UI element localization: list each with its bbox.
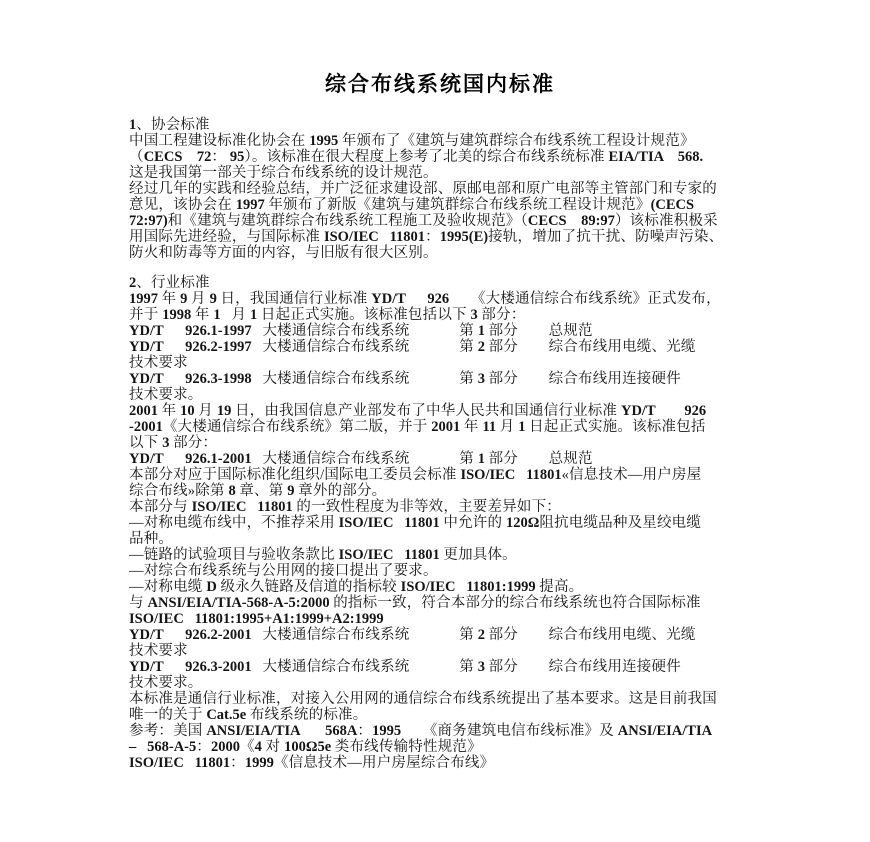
- text-line: ISO/IEC 11801：1999《信息技术—用户房屋综合布线》: [129, 755, 751, 771]
- text-line: 经过几年的实践和经验总结，并广泛征求建设部、原邮电部和原广电部等主管部门和专家的: [129, 181, 751, 197]
- section-body: 中国工程建设标准化协会在 1995 年颁布了《建筑与建筑群综合布线系统工程设计规…: [129, 133, 751, 261]
- text-line: YD/T 926.3-1998 大楼通信综合布线系统 第 3 部分 综合布线用连…: [129, 371, 751, 387]
- text-line: 参考：美国 ANSI/EIA/TIA 568A：1995 《商务建筑电信布线标准…: [129, 723, 751, 739]
- text-line: 这是我国第一部关于综合布线系统的设计规范。: [129, 165, 751, 181]
- text-line: YD/T 926.2-1997 大楼通信综合布线系统 第 2 部分 综合布线用电…: [129, 339, 751, 355]
- text-line: 与 ANSI/EIA/TIA-568-A-5:2000 的指标一致，符合本部分的…: [129, 595, 751, 611]
- text-line: —链路的试验项目与验收条款比 ISO/IEC 11801 更加具体。: [129, 547, 751, 563]
- section-body: 1997 年 9 月 9 日，我国通信行业标准 YD/T 926 《大楼通信综合…: [129, 291, 751, 771]
- text-line: – 568-A-5：2000《4 对 100Ω5e 类布线传输特性规范》: [129, 739, 751, 755]
- section-association-standard: 1、协会标准 中国工程建设标准化协会在 1995 年颁布了《建筑与建筑群综合布线…: [129, 117, 751, 261]
- text-line: YD/T 926.1-1997 大楼通信综合布线系统 第 1 部分 总规范: [129, 323, 751, 339]
- text-line: 并于 1998 年 1 月 1 日起正式实施。该标准包括以下 3 部分：: [129, 307, 751, 323]
- text-line: —对称电缆布线中，不推荐采用 ISO/IEC 11801 中允许的 120Ω阻抗…: [129, 515, 751, 531]
- text-line: 用国际先进经验，与国际标准 ISO/IEC 11801：1995(E)接轨，增加…: [129, 229, 751, 245]
- document-title: 综合布线系统国内标准: [129, 72, 751, 96]
- text-line: 综合布线»除第 8 章、第 9 章外的部分。: [129, 483, 751, 499]
- document-page: 综合布线系统国内标准 1、协会标准 中国工程建设标准化协会在 1995 年颁布了…: [0, 0, 870, 842]
- text-line: 防火和防毒等方面的内容，与旧版有很大区别。: [129, 245, 751, 261]
- text-line: 技术要求。: [129, 675, 751, 691]
- text-line: —对称电缆 D 级永久链路及信道的指标较 ISO/IEC 11801:1999 …: [129, 579, 751, 595]
- text-line: 技术要求: [129, 643, 751, 659]
- text-line: （CECS 72： 95）。该标准在很大程度上参考了北美的综合布线系统标准 EI…: [129, 149, 751, 165]
- text-line: YD/T 926.3-2001 大楼通信综合布线系统 第 3 部分 综合布线用连…: [129, 659, 751, 675]
- text-line: YD/T 926.1-2001 大楼通信综合布线系统 第 1 部分 总规范: [129, 451, 751, 467]
- text-line: 72:97)和《建筑与建筑群综合布线系统工程施工及验收规范》（CECS 89:9…: [129, 213, 751, 229]
- text-line: 品种。: [129, 531, 751, 547]
- text-line: 以下 3 部分：: [129, 435, 751, 451]
- text-line: YD/T 926.2-2001 大楼通信综合布线系统 第 2 部分 综合布线用电…: [129, 627, 751, 643]
- text-line: -2001《大楼通信综合布线系统》第二版，并于 2001 年 11 月 1 日起…: [129, 419, 751, 435]
- document-content: 综合布线系统国内标准 1、协会标准 中国工程建设标准化协会在 1995 年颁布了…: [129, 72, 751, 785]
- section-industry-standard: 2、行业标准 1997 年 9 月 9 日，我国通信行业标准 YD/T 926 …: [129, 275, 751, 771]
- text-line: 技术要求: [129, 355, 751, 371]
- section-heading: 2、行业标准: [129, 275, 751, 291]
- text-line: 本部分与 ISO/IEC 11801 的一致性程度为非等效，主要差异如下：: [129, 499, 751, 515]
- text-line: 2001 年 10 月 19 日，由我国信息产业部发布了中华人民共和国通信行业标…: [129, 403, 751, 419]
- text-line: 技术要求。: [129, 387, 751, 403]
- text-line: 本部分对应于国际标准化组织/国际电工委员会标准 ISO/IEC 11801«信息…: [129, 467, 751, 483]
- text-line: 1997 年 9 月 9 日，我国通信行业标准 YD/T 926 《大楼通信综合…: [129, 291, 751, 307]
- text-line: 中国工程建设标准化协会在 1995 年颁布了《建筑与建筑群综合布线系统工程设计规…: [129, 133, 751, 149]
- text-line: 意见，该协会在 1997 年颁布了新版《建筑与建筑群综合布线系统工程设计规范》(…: [129, 197, 751, 213]
- text-line: 本标准是通信行业标准，对接入公用网的通信综合布线系统提出了基本要求。这是目前我国: [129, 691, 751, 707]
- text-line: —对综合布线系统与公用网的接口提出了要求。: [129, 563, 751, 579]
- text-line: 唯一的关于 Cat.5e 布线系统的标准。: [129, 707, 751, 723]
- section-heading: 1、协会标准: [129, 117, 751, 133]
- text-line: ISO/IEC 11801:1995+A1:1999+A2:1999: [129, 611, 751, 627]
